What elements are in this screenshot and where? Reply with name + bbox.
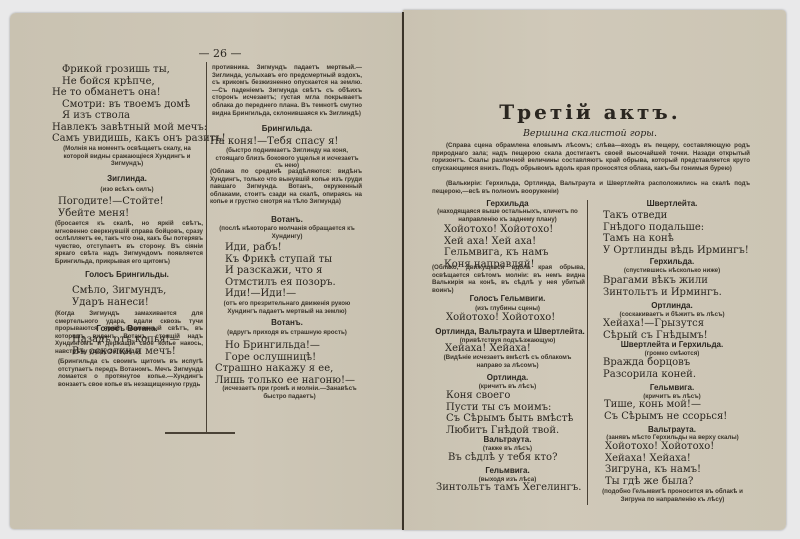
verse-line: Хейаха! Хейаха! — [605, 453, 714, 465]
role-name: Ортлинда, Вальтраута и Швертлейта. — [430, 327, 590, 336]
verse-line: Гнѣдого подальше: — [603, 222, 749, 234]
role-name: Вотанъ. — [212, 215, 362, 224]
stage-intro: (Справа сцена обрамлена еловымъ лѣсомъ; … — [432, 142, 750, 172]
stage-direction: противника. Зигмундъ падаетъ мертвый.—Зи… — [212, 64, 362, 117]
verse-line: Назадъ отъ копья!— — [72, 334, 180, 346]
verse: Назадъ отъ копья!— Въ осколки и мечъ! — [72, 334, 180, 357]
verse: Иди, рабъ! Къ Фрикѣ ступай ты И разскажи… — [225, 242, 336, 300]
role-name: Брингильда. — [212, 124, 362, 133]
stage-direction: (изо всѣхъ силъ) — [52, 186, 202, 194]
stage-direction: (исчезаетъ при громѣ и молніи.—Занавѣсъ … — [212, 385, 367, 400]
verse-line: Тише, конь мой!— — [604, 399, 727, 411]
role-name: Голосъ Брингильды. — [52, 270, 202, 279]
end-rule — [165, 432, 235, 434]
left-column-1: Фрикой грозишь ты, Не бойся крѣпче, Не т… — [52, 64, 202, 145]
verse-line: Иди, рабъ! — [225, 242, 336, 254]
verse-line: Вражда борцовъ — [603, 357, 696, 369]
verse-line: Не бойся крѣпче, — [52, 76, 202, 88]
verse-line: Фрикой грозишь ты, — [52, 64, 202, 76]
verse-line: Зигруна, къ намъ! — [605, 464, 714, 476]
verse-line: Коня своего — [446, 390, 573, 402]
verse-line: Я изъ ствола — [52, 110, 202, 122]
verse-line: Хойотохо! Хойотохо! — [605, 441, 714, 453]
role-name: Вальтраута. — [592, 425, 752, 434]
verse-line: Къ Фрикѣ ступай ты — [225, 254, 336, 266]
verse: Въ сѣдлѣ у тебя кто? — [448, 452, 557, 464]
verse-line: Гельмвига, къ намъ — [444, 247, 553, 259]
verse-line: Горе ослушницѣ! — [225, 352, 355, 364]
act-title: Третій актъ. — [430, 100, 750, 124]
stage-direction: (отъ его презрительнаго движенія рукою Х… — [212, 300, 362, 315]
verse-line: Хейаха! Хейаха! — [445, 343, 531, 355]
verse-line: Разсорила коней. — [603, 369, 696, 381]
stage-direction: (подобно Гельмвигѣ проносится въ облакѣ … — [590, 488, 755, 503]
verse-line: Страшно накажу я ее, — [215, 363, 355, 375]
role-name: Швертлейта и Герхильда. — [592, 340, 752, 349]
verse: Хейаха! Хейаха! — [445, 343, 531, 355]
stage-direction: (спустившись нѣсколько ниже) — [592, 267, 752, 275]
verse-line: Убейте меня! — [58, 208, 164, 220]
verse-line: Тамъ на конѣ — [603, 233, 749, 245]
book-spine — [402, 12, 404, 530]
role-name: Голосъ Гельмвиги. — [430, 294, 585, 303]
verse: Хойотохо! Хойотохо! Хейаха! Хейаха! Зигр… — [605, 441, 714, 487]
verse: Такъ отведи Гнѣдого подальше: Тамъ на ко… — [603, 210, 749, 256]
verse-line: Съ Сѣрымъ быть вмѣстѣ — [446, 413, 573, 425]
stage-direction: (вдругъ приходя въ страшную ярость) — [212, 329, 362, 337]
stage-intro: (Валькиріи: Герхильда, Ортлинда, Вальтра… — [432, 180, 750, 195]
page-number: — 26 — — [190, 47, 250, 60]
stage-direction: (находящаяся выше остальныхъ, кличетъ по… — [430, 208, 585, 223]
verse: Погодите!—Стойте! Убейте меня! — [58, 196, 164, 219]
verse-line: Хейаха!—Грызутся — [603, 318, 708, 330]
verse-line: Хойотохо! Хойотохо! — [444, 224, 553, 236]
verse-line: Зинтольтъ и Ирмингъ. — [603, 287, 722, 299]
role-name: Герхильда — [430, 199, 585, 208]
verse-line: Пусти ты съ моимъ: — [446, 402, 573, 414]
role-name: Вальтраута. — [430, 435, 585, 444]
verse: Смѣло, Зигмундъ, Ударъ нанеси! — [72, 285, 166, 308]
stage-direction: (быстро поднимаетъ Зиглинду на коня, сто… — [212, 147, 362, 170]
stage-direction: (Облако, движущееся вдоль края обрыва, о… — [432, 264, 585, 294]
verse-line: Ты гдѣ же была? — [605, 476, 714, 488]
verse-line: Хойотохо! Хойотохо! — [446, 312, 555, 324]
verse-line: Въ сѣдлѣ у тебя кто? — [448, 452, 557, 464]
verse-line: У Ортлинды вѣдь Ирмингъ! — [603, 245, 749, 257]
role-name: Зиглинда. — [52, 174, 202, 183]
column-divider — [587, 200, 588, 505]
verse-line: И разскажи, что я — [225, 265, 336, 277]
verse: Но Брингильда!— Горе ослушницѣ! Страшно … — [225, 340, 355, 386]
verse-line: Иди!—Иди!— — [225, 288, 336, 300]
verse-line: Погодите!—Стойте! — [58, 196, 164, 208]
act-subtitle: Вершина скалистой горы. — [430, 128, 750, 139]
verse: Хойотохо! Хойотохо! — [446, 312, 555, 324]
verse-line: Навлекъ завѣтный мой мечъ: — [52, 122, 202, 134]
role-name: Гельмвига. — [592, 383, 752, 392]
verse-line: Самъ увидишь, какъ онъ разитъ! — [52, 133, 202, 145]
verse-line: Смотри: въ твоемъ домѣ — [52, 99, 202, 111]
stage-direction: (послѣ нѣкотораго молчанія обращается къ… — [212, 225, 362, 240]
verse-line: Хей аха! Хей аха! — [444, 236, 553, 248]
verse: Коня своего Пусти ты съ моимъ: Съ Сѣрымъ… — [446, 390, 573, 436]
verse-line: Отмстилъ ея позоръ. — [225, 277, 336, 289]
role-name: Голосъ Вотана. — [52, 324, 202, 333]
stage-direction: (бросается къ скалѣ, но яркій свѣтъ, мгн… — [55, 220, 203, 266]
verse: Тише, конь мой!— Съ Сѣрымъ не ссорься! — [604, 399, 727, 422]
stage-direction: (Молнія на моментъ освѣщаетъ скалу, на к… — [52, 145, 202, 168]
role-name: Гельмвига. — [430, 466, 585, 475]
verse-line: Съ Сѣрымъ не ссорься! — [604, 411, 727, 423]
verse-line: Зинтольтъ тамъ Хегелингъ. — [436, 482, 581, 494]
stage-direction: (Брингильда съ своимъ щитомъ въ испугѣ о… — [58, 358, 203, 388]
verse: Хейаха!—Грызутся Сѣрый съ Гнѣдымъ! — [603, 318, 708, 341]
verse-line: Врагами вѣкъ жили — [603, 275, 722, 287]
column-divider — [206, 62, 207, 432]
verse-line: Такъ отведи — [603, 210, 749, 222]
verse-line: На коня!—Тебя спасу я! — [210, 136, 338, 148]
stage-direction: (Облака по срединѣ раздѣляются: видѣнъ Х… — [210, 168, 362, 206]
verse-line: Въ осколки и мечъ! — [72, 346, 180, 358]
verse-line: Ударъ нанеси! — [72, 297, 166, 309]
verse: Врагами вѣкъ жили Зинтольтъ и Ирмингъ. — [603, 275, 722, 298]
verse-line: Смѣло, Зигмундъ, — [72, 285, 166, 297]
verse-line: Но Брингильда!— — [225, 340, 355, 352]
verse: Фрикой грозишь ты, Не бойся крѣпче, Не т… — [52, 64, 202, 145]
role-name: Герхильда. — [592, 257, 752, 266]
role-name: Швертлейта. — [592, 199, 752, 208]
verse: На коня!—Тебя спасу я! — [210, 136, 338, 148]
role-name: Ортлинда. — [592, 301, 752, 310]
role-name: Вотанъ. — [212, 318, 362, 327]
stage-direction: (Видѣніе исчезаетъ вмѣстѣ съ облакомъ на… — [430, 354, 585, 369]
verse: Зинтольтъ тамъ Хегелингъ. — [436, 482, 581, 494]
role-name: Ортлинда. — [430, 373, 585, 382]
verse: Вражда борцовъ Разсорила коней. — [603, 357, 696, 380]
verse-line: Не то обманетъ она! — [52, 87, 202, 99]
